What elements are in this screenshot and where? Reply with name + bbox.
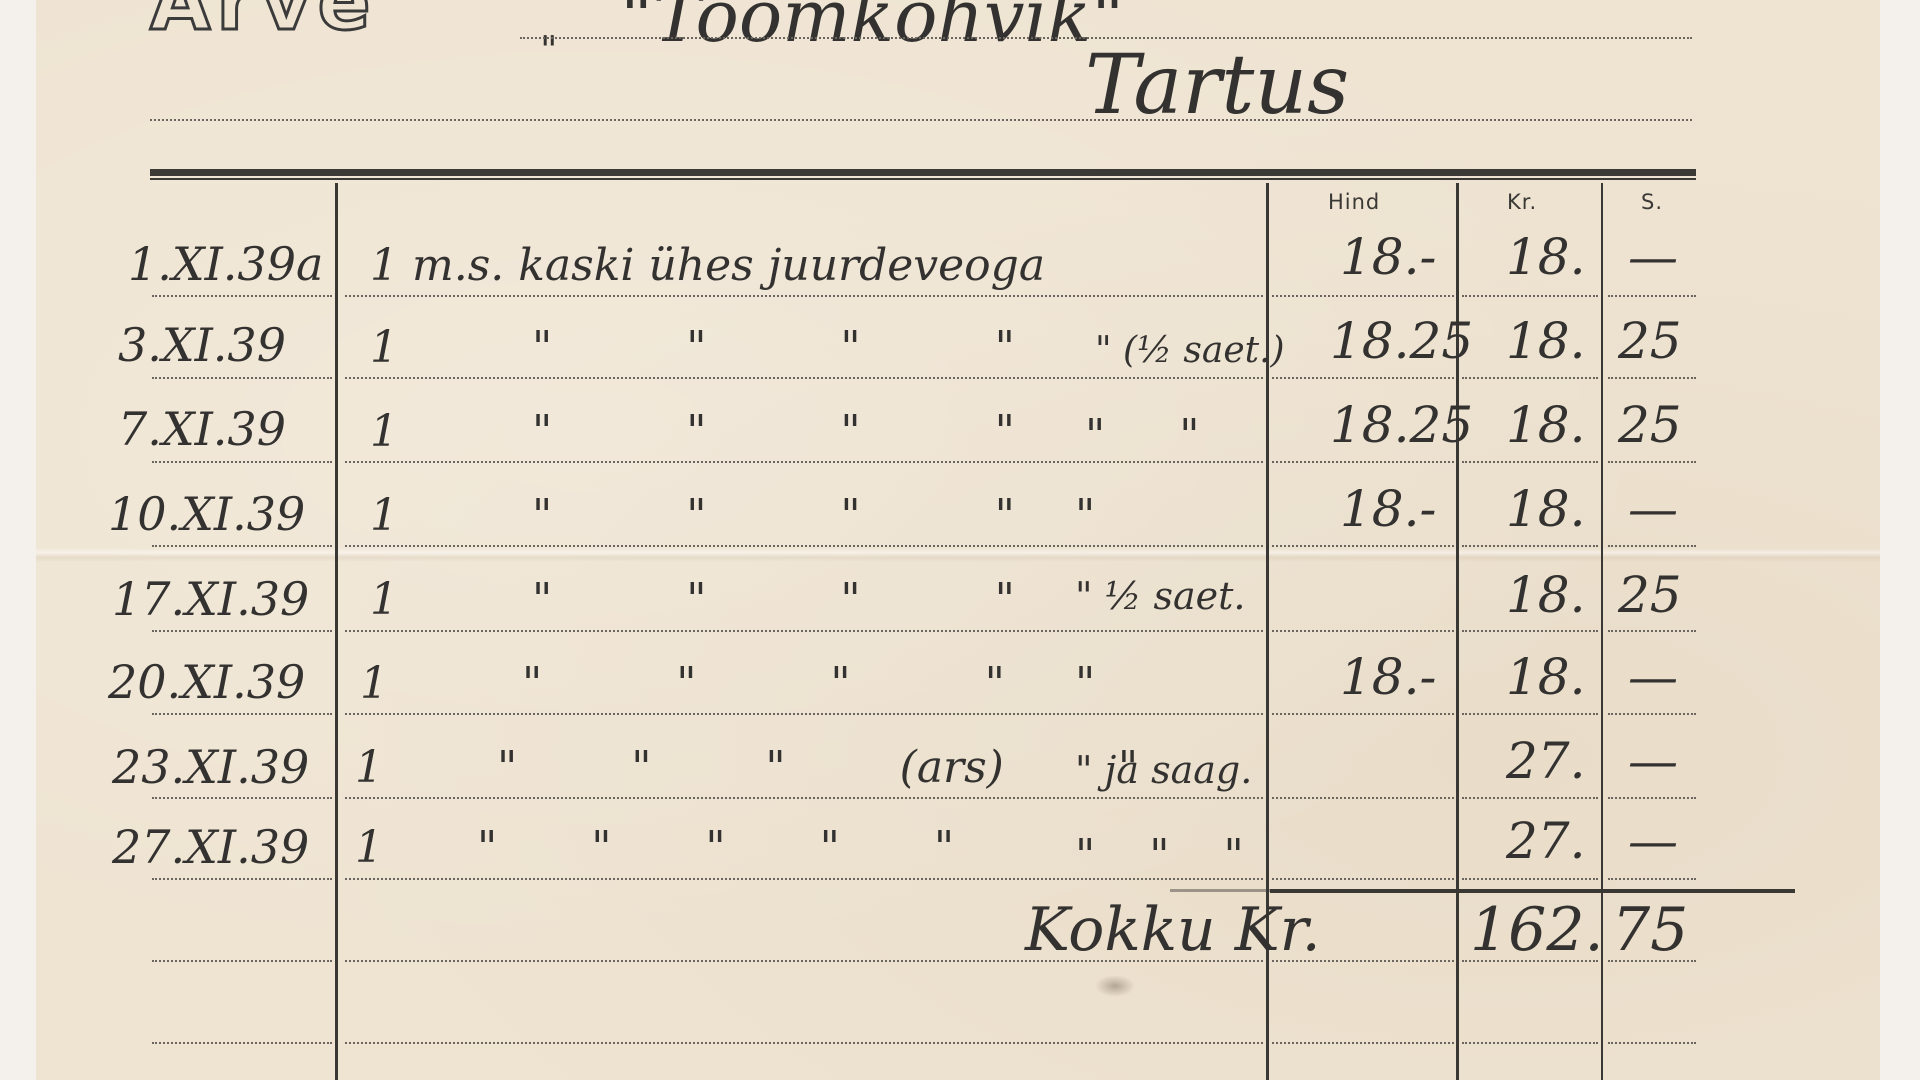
row-description: 1 " " " " <box>370 406 1015 457</box>
table-top-rule-thin <box>150 178 1696 180</box>
row-description-extra: " " <box>1085 410 1199 461</box>
row-price: 18.- <box>1340 480 1436 538</box>
row-kroons: 18. <box>1506 396 1586 454</box>
row-description: 1 m.s. kaski ühes juurdeveoga <box>370 240 1045 291</box>
row-description-extra: " <box>1075 658 1095 709</box>
row-cents: — <box>1628 648 1678 706</box>
row-kroons: 18. <box>1506 480 1586 538</box>
invoice-title: Arve <box>150 0 377 48</box>
column-header-kroons: Kr. <box>1507 190 1537 214</box>
row-kroons: 27. <box>1506 812 1586 870</box>
row-description-extra: " <box>1075 490 1095 541</box>
row-kroons: 18. <box>1506 312 1586 370</box>
row-cents: 25 <box>1618 396 1682 454</box>
row-description: 1 " " " " " <box>355 822 954 873</box>
row-description: 1 " " " (ars) " <box>355 742 1138 793</box>
ink-stain <box>1095 975 1135 997</box>
row-cents: — <box>1628 480 1678 538</box>
row-kroons: 27. <box>1506 732 1586 790</box>
column-divider-date <box>335 183 338 1080</box>
column-header-cents: S. <box>1641 190 1663 214</box>
row-kroons: 18. <box>1506 566 1586 624</box>
row-date: 7.XI.39 <box>118 402 286 456</box>
row-description: 1 " " " " <box>360 658 1005 709</box>
row-cents: 25 <box>1618 566 1682 624</box>
row-cents: 25 <box>1618 312 1682 370</box>
row-date: 10.XI.39 <box>108 487 305 541</box>
row-date: 27.XI.39 <box>112 820 309 874</box>
row-price: 18.- <box>1340 228 1436 286</box>
row-description-extra: " (½ saet.) <box>1095 330 1285 371</box>
row-description: 1 " " " " <box>370 322 1015 373</box>
total-kroons: 162. <box>1470 895 1604 965</box>
address-dotted-line <box>150 119 1692 121</box>
row-cents: — <box>1628 732 1678 790</box>
row-price: 18.25 <box>1330 396 1473 454</box>
row-date: 1.XI.39a <box>128 237 323 291</box>
row-date: 17.XI.39 <box>112 572 309 626</box>
total-rule-fade <box>1170 889 1270 892</box>
row-kroons: 18. <box>1506 228 1586 286</box>
row-kroons: 18. <box>1506 648 1586 706</box>
row-date: 3.XI.39 <box>118 318 286 372</box>
total-cents: 75 <box>1612 895 1688 965</box>
recipient-name: "Toomkohvik" <box>620 0 1124 58</box>
row-description-extra: " " " <box>1075 830 1244 881</box>
total-rule <box>1270 889 1795 893</box>
row-price: 18.25 <box>1330 312 1473 370</box>
row-cents: — <box>1628 228 1678 286</box>
row-date: 20.XI.39 <box>108 655 305 709</box>
column-header-price: Hind <box>1328 190 1380 214</box>
row-description: 1 " " " " <box>370 574 1015 625</box>
row-cents: — <box>1628 812 1678 870</box>
row-date: 23.XI.39 <box>112 740 309 794</box>
row-description-extra: " ½ saet. <box>1075 574 1245 618</box>
row-description-extra: " ja saag. <box>1075 748 1252 792</box>
recipient-prefix-ditto: " <box>540 28 557 72</box>
paper-fold-crease <box>36 548 1880 562</box>
row-description: 1 " " " " <box>370 490 1015 541</box>
total-label: Kokku Kr. <box>1025 895 1321 965</box>
row-price: 18.- <box>1340 648 1436 706</box>
table-top-rule <box>150 169 1696 176</box>
